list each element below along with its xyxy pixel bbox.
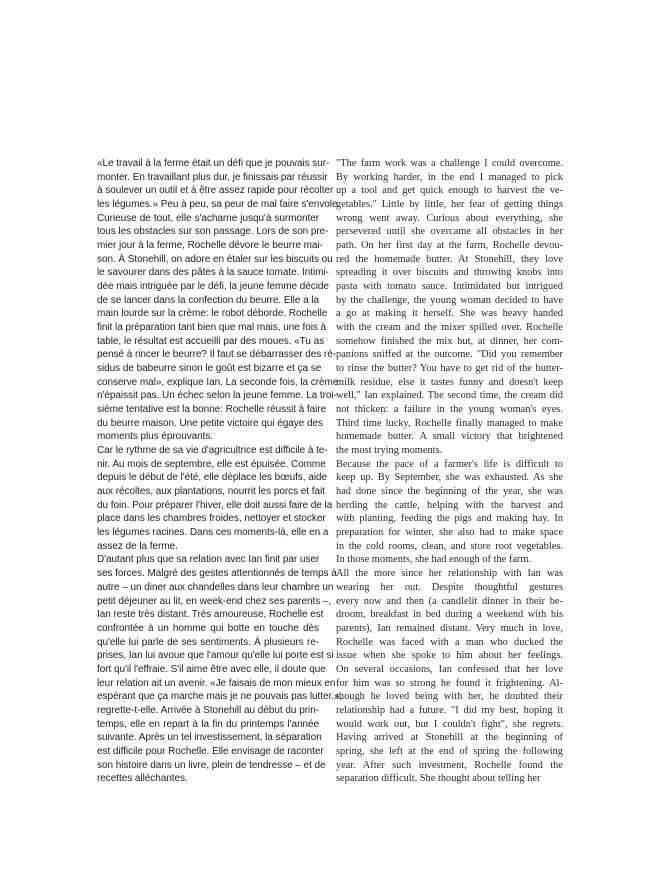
text-line: Having arrived at Stonehill at the begin… <box>336 731 563 745</box>
text-line: prises, Ian lui avoue que l'amour qu'ell… <box>97 649 319 663</box>
text-line: D'autant plus que sa relation avec Ian f… <box>97 553 319 567</box>
text-line: with planting, feeding the pigs and maki… <box>336 512 563 526</box>
text-line: a go at making it herself. She was heavy… <box>336 307 563 321</box>
text-line: by the challenge, the young woman decide… <box>336 294 563 308</box>
text-line: up a tool and get quick enough to harves… <box>336 184 563 198</box>
text-line: table, le résultat est accueilli par des… <box>97 335 319 349</box>
text-line: getables." Little by little, her fear of… <box>336 198 563 212</box>
text-line: assez de la ferme. <box>97 540 319 554</box>
text-line: Third time lucky, Rochelle finally manag… <box>336 417 563 431</box>
text-line: ses forces. Malgré des gestes attentionn… <box>97 567 319 581</box>
text-line: son histoire dans un livre, plein de ten… <box>97 759 319 773</box>
text-line: sième tentative est la bonne: Rochelle r… <box>97 403 319 417</box>
text-line: «Le travail à la ferme était un défi que… <box>97 157 319 171</box>
text-line: relationship had a future. "I did my bes… <box>336 704 563 718</box>
text-line: the most trying moments. <box>336 444 563 458</box>
text-line: temps, elle en repart à la fin du printe… <box>97 718 319 732</box>
french-text-column: «Le travail à la ferme était un défi que… <box>97 157 319 786</box>
text-line: à soulever un outil et à être assez rapi… <box>97 184 319 198</box>
text-line: du foin. Pour préparer l'hiver, elle doi… <box>97 499 319 513</box>
text-line: for him was so strong he found it fright… <box>336 677 563 691</box>
text-line: est difficile pour Rochelle. Elle envisa… <box>97 745 319 759</box>
text-line: fort qu'il l'effraie. S'il aime être ave… <box>97 663 319 677</box>
paragraph: D'autant plus que sa relation avec Ian f… <box>97 553 319 785</box>
text-line: parents), Ian remained distant. Very muc… <box>336 622 563 636</box>
text-line: suivante. Après un tel investissement, l… <box>97 731 319 745</box>
paragraph: Car le rythme de sa vie d'agricultrice e… <box>97 444 319 553</box>
text-line: separation difficult. She thought about … <box>336 772 563 786</box>
text-line: finit la préparation tant bien que mal m… <box>97 321 319 335</box>
text-line: In those moments, she had enough of the … <box>336 553 563 567</box>
text-line: herding the cattle, helping with the har… <box>336 499 563 513</box>
text-line: les légumes racines. Dans ces moments-là… <box>97 526 319 540</box>
document-page: «Le travail à la ferme était un défi que… <box>0 0 660 890</box>
text-line: main lourde sur la crème: le robot débor… <box>97 307 319 321</box>
text-line: in the cold rooms, clean, and store root… <box>336 540 563 554</box>
text-line: sidus de babeurre sinon le goût est biza… <box>97 362 319 376</box>
text-line: mier jour à la ferme, Rochelle dévore le… <box>97 239 319 253</box>
text-line: qu'elle lui parle de ses sentiments. À p… <box>97 636 319 650</box>
text-line: aux récoltes, aux plantations, nourrit l… <box>97 485 319 499</box>
text-line: On several occasions, Ian confessed that… <box>336 663 563 677</box>
paragraph: "The farm work was a challenge I could o… <box>336 157 563 458</box>
text-line: would work out, but I couldn't fight", s… <box>336 718 563 732</box>
text-line: All the more since her relationship with… <box>336 567 563 581</box>
text-line: Because the pace of a farmer's life is d… <box>336 458 563 472</box>
text-line: panions sniffed at the outcome. "Did you… <box>336 348 563 362</box>
text-line: tous les obstacles sur son passage. Lors… <box>97 225 319 239</box>
text-line: not thicken: a failure in the young woma… <box>336 403 563 417</box>
text-line: "The farm work was a challenge I could o… <box>336 157 563 171</box>
text-line: monter. En travaillant plus dur, je fini… <box>97 171 319 185</box>
text-line: Rochelle was faced with a man who ducked… <box>336 636 563 650</box>
text-line: conserve mal», explique Ian. La seconde … <box>97 376 319 390</box>
text-line: persevered until she overcame all obstac… <box>336 225 563 239</box>
text-line: spring, she left at the end of spring th… <box>336 745 563 759</box>
text-line: nir. Au mois de septembre, elle est épui… <box>97 458 319 472</box>
text-line: moments plus éprouvants. <box>97 430 319 444</box>
text-line: espérant que ça marche mais je ne pouvai… <box>97 690 319 704</box>
text-line: red the homemade butter. At Stonehill, t… <box>336 253 563 267</box>
paragraph: «Le travail à la ferme était un défi que… <box>97 157 319 444</box>
text-line: de se lancer dans la confection du beurr… <box>97 294 319 308</box>
text-line: milk residue, else it tastes funny and d… <box>336 376 563 390</box>
text-line: les légumes.» Peu à peu, sa peur de mal … <box>97 198 319 212</box>
text-line: Car le rythme de sa vie d'agricultrice e… <box>97 444 319 458</box>
text-line: pensé à rincer le beurre? Il faut se déb… <box>97 348 319 362</box>
text-line: recettes alléchantes. <box>97 772 319 786</box>
text-line: with the cream and the mixer spilled ove… <box>336 321 563 335</box>
text-line: though he loved being with her, he doubt… <box>336 690 563 704</box>
text-line: had done since the beginning of the year… <box>336 485 563 499</box>
text-line: confrontée à un homme qui botte en touch… <box>97 622 319 636</box>
text-line: du beurre maison. Une petite victoire qu… <box>97 417 319 431</box>
english-text-column: "The farm work was a challenge I could o… <box>336 157 563 786</box>
text-line: Curieuse de tout, elle s'acharne jusqu'à… <box>97 212 319 226</box>
paragraph: Because the pace of a farmer's life is d… <box>336 458 563 567</box>
text-line: keep up. By September, she was exhausted… <box>336 471 563 485</box>
text-line: issue when she spoke to him about her fe… <box>336 649 563 663</box>
text-line: son. À Stonehill, on adore en étaler sur… <box>97 253 319 267</box>
text-line: Ian reste très distant. Très amoureuse, … <box>97 608 319 622</box>
text-line: every now and then (a candlelit dinner i… <box>336 595 563 609</box>
text-line: By working harder, in the end I managed … <box>336 171 563 185</box>
text-line: somehow finished the mix but, at dinner,… <box>336 335 563 349</box>
text-line: leur relation ait un avenir. «Je faisais… <box>97 677 319 691</box>
text-line: spreading it over biscuits and throwing … <box>336 266 563 280</box>
text-line: depuis le début de l'été, elle déplace l… <box>97 471 319 485</box>
text-line: preparation for winter, she also had to … <box>336 526 563 540</box>
text-line: wrong went away. Curious about everythin… <box>336 212 563 226</box>
text-line: year. After such investment, Rochelle fo… <box>336 759 563 773</box>
paragraph: All the more since her relationship with… <box>336 567 563 786</box>
text-line: droom, breakfast in bed during a weekend… <box>336 608 563 622</box>
text-line: pasta with tomato sauce. Intimidated but… <box>336 280 563 294</box>
text-line: dée mais intriguée par le défi, la jeune… <box>97 280 319 294</box>
text-line: petit déjeuner au lit, en week-end chez … <box>97 595 319 609</box>
text-line: regrette-t-elle. Arrivée à Stonehill au … <box>97 704 319 718</box>
text-line: place dans les chambres froides, nettoye… <box>97 512 319 526</box>
text-line: n'épaissit pas. Un échec selon la jeune … <box>97 389 319 403</box>
text-line: to rinse the butter? You have to get rid… <box>336 362 563 376</box>
text-line: homemade butter. A small victory that br… <box>336 430 563 444</box>
text-line: path. On her first day at the farm, Roch… <box>336 239 563 253</box>
text-line: le savourer dans des pâtes à la sauce to… <box>97 266 319 280</box>
text-line: wearing her out. Despite thoughtful gest… <box>336 581 563 595</box>
text-line: well," Ian explained. The second time, t… <box>336 389 563 403</box>
text-line: autre – un diner aux chandelles dans leu… <box>97 581 319 595</box>
